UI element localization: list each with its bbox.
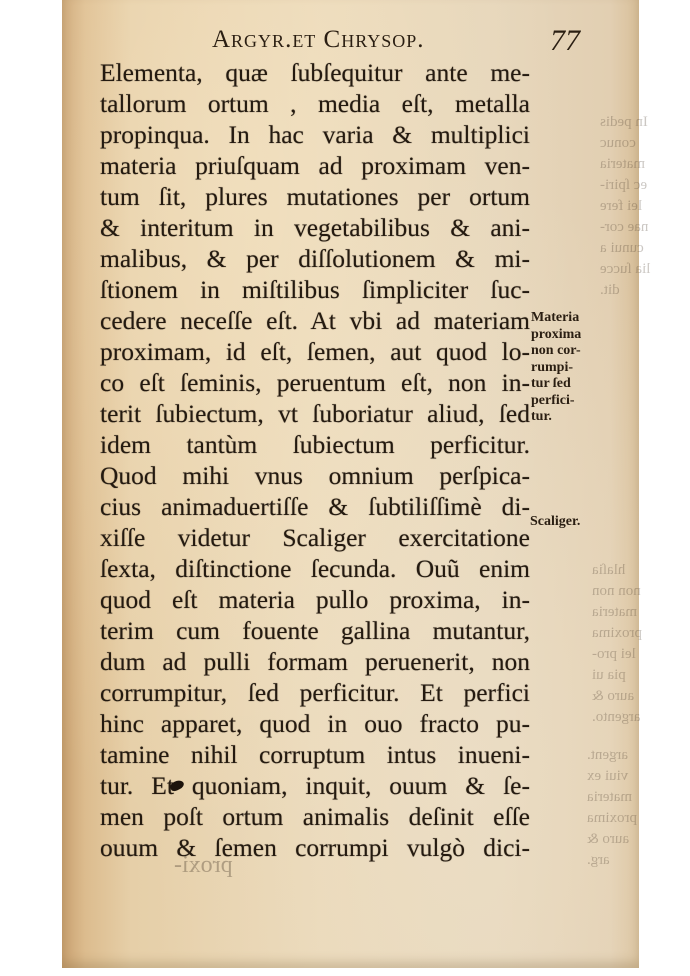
body-text: Elementa, quæ ſubſequitur ante me- tallo…	[100, 57, 530, 863]
text-line: co eſt ſeminis, peruentum eſt, non in-	[100, 367, 530, 398]
marginal-note-materia: Materia proxima non cor- rumpi- tur ſed …	[531, 310, 581, 426]
bleed-line: materia	[600, 154, 650, 175]
marginal-note-scaliger: Scaliger.	[530, 514, 580, 531]
marginal-line: Materia	[531, 310, 581, 327]
bleed-line: proxima	[587, 808, 637, 829]
text-line: men poſt ortum animalis deſinit eſſe	[100, 801, 530, 832]
text-line: tum ſit, plures mutationes per ortum	[100, 181, 530, 212]
marginal-line: tur.	[531, 409, 581, 426]
bleed-line: auro &	[592, 686, 642, 707]
bleed-line: argento.	[592, 707, 642, 728]
text-line: & interitum in vegetabilibus & ani-	[100, 212, 530, 243]
text-line: idem tantùm ſubiectum perficitur.	[100, 429, 530, 460]
running-head: Argyr.et Chrysop.	[212, 26, 425, 54]
marginal-line: non cor-	[531, 343, 581, 360]
marginal-line: Scaliger.	[530, 514, 580, 531]
bleed-line: arg.	[587, 850, 637, 871]
text-line: ſtionem in miſtilibus ſimpliciter ſuc-	[100, 274, 530, 305]
text-line: dum ad pulli formam peruenerit, non	[100, 646, 530, 677]
running-title: Argyr.et Chrysop.	[212, 26, 425, 53]
text-line: terim cum fouente gallina mutantur,	[100, 615, 530, 646]
bleed-through-right-bottom: argent. viui ex materia proxima auro & a…	[587, 745, 637, 871]
bleed-line: lei fere	[600, 196, 650, 217]
bleed-line: ec ſpiri-	[600, 175, 650, 196]
text-line: materia priuſquam ad proximam ven-	[100, 150, 530, 181]
text-line: corrumpitur, ſed perficitur. Et perfici	[100, 677, 530, 708]
bleed-line: argent.	[587, 745, 637, 766]
text-line: quod eſt materia pullo proxima, in-	[100, 584, 530, 615]
text-line: cedere neceſſe eſt. At vbi ad materiam	[100, 305, 530, 336]
bleed-line: In pedis	[600, 112, 650, 133]
text-line: tur. Et quoniam, inquit, ouum & ſe-	[100, 770, 530, 801]
bleed-line: dit.	[600, 280, 650, 301]
bleed-line: pia ui	[592, 665, 642, 686]
text-line: Elementa, quæ ſubſequitur ante me-	[100, 57, 530, 88]
marginal-line: proxima	[531, 327, 581, 344]
text-line: proximam, id eſt, ſemen, aut quod lo-	[100, 336, 530, 367]
bleed-line: hlaſia	[592, 560, 642, 581]
bleed-line: proxima	[592, 623, 642, 644]
text-line: propinqua. In hac varia & multiplici	[100, 119, 530, 150]
text-line: tallorum ortum , media eſt, metalla	[100, 88, 530, 119]
text-line: cius animaduertiſſe & ſubtiliſſimè di-	[100, 491, 530, 522]
bleed-line: viui ex	[587, 766, 637, 787]
marginal-line: rumpi-	[531, 360, 581, 377]
text-line: Quod mihi vnus omnium perſpica-	[100, 460, 530, 491]
bleed-line: auro &	[587, 829, 637, 850]
bleed-line: conuc	[600, 133, 650, 154]
text-line: xiſſe videtur Scaliger exercitatione	[100, 522, 530, 553]
page-number: 77	[550, 24, 580, 58]
bleed-line: lia ſucce	[600, 259, 650, 280]
text-line: tamine nihil corruptum intus inueni-	[100, 739, 530, 770]
text-line: ſexta, diſtinctione ſecunda. Ouũ enim	[100, 553, 530, 584]
bleed-line: lei pro-	[592, 644, 642, 665]
marginal-line: tur ſed	[531, 376, 581, 393]
bleed-through-right-top: In pedis conuc materia ec ſpiri- lei fer…	[600, 112, 650, 301]
text-line: ouum & ſemen corrumpi vulgò dici-	[100, 832, 530, 863]
text-line: malibus, & per diſſolutionem & mi-	[100, 243, 530, 274]
text-line: terit ſubiectum, vt ſuboriatur aliud, ſe…	[100, 398, 530, 429]
bleed-line: non non	[592, 581, 642, 602]
bleed-through-right-middle: hlaſia non non materia proxima lei pro- …	[592, 560, 642, 728]
bleed-line: nae cor-	[600, 217, 650, 238]
bleed-line: materia	[587, 787, 637, 808]
bleed-line: cunui a	[600, 238, 650, 259]
text-line: hinc apparet, quod in ouo fracto pu-	[100, 708, 530, 739]
marginal-line: perfici-	[531, 393, 581, 410]
bleed-line: materia	[592, 602, 642, 623]
